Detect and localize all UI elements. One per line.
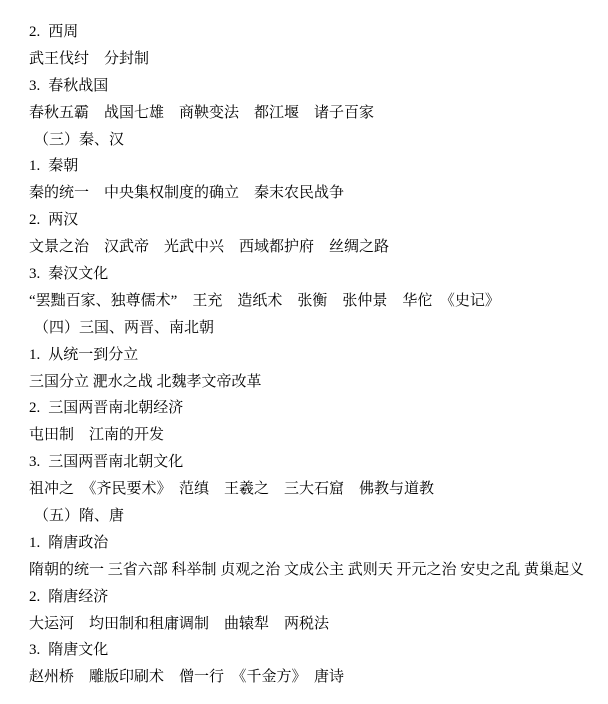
outline-section-heading: （四）三国、两晋、南北朝 — [29, 315, 600, 342]
item-number: 3. — [29, 642, 40, 658]
outline-item-heading: 1.隋唐政治 — [29, 530, 600, 557]
item-title: 隋唐政治 — [48, 535, 108, 551]
outline-keywords-line: 武王伐纣 分封制 — [29, 46, 600, 73]
item-title: 三国两晋南北朝经济 — [48, 400, 183, 416]
outline-section-heading: （三）秦、汉 — [29, 127, 600, 154]
item-number: 1. — [29, 347, 40, 363]
item-number: 1. — [29, 535, 40, 551]
outline-keywords-line: 屯田制 江南的开发 — [29, 422, 600, 449]
outline-keywords-line: “罢黜百家、独尊儒术” 王充 造纸术 张衡 张仲景 华佗 《史记》 — [29, 288, 600, 315]
item-title: 三国两晋南北朝文化 — [48, 454, 183, 470]
outline-item-heading: 1.秦朝 — [29, 153, 600, 180]
outline-keywords-line: 三国分立 淝水之战 北魏孝文帝改革 — [29, 369, 600, 396]
item-title: 从统一到分立 — [48, 347, 138, 363]
item-number: 2. — [29, 24, 40, 40]
outline-keywords-line: 文景之治 汉武帝 光武中兴 西域都护府 丝绸之路 — [29, 234, 600, 261]
item-number: 3. — [29, 454, 40, 470]
outline-item-heading: 3.春秋战国 — [29, 73, 600, 100]
outline-item-heading: 3.三国两晋南北朝文化 — [29, 449, 600, 476]
document-page: 2.西周武王伐纣 分封制3.春秋战国春秋五霸 战国七雄 商鞅变法 都江堰 诸子百… — [0, 0, 608, 691]
outline-section-heading: （五）隋、唐 — [29, 503, 600, 530]
outline-keywords-line: 赵州桥 雕版印刷术 僧一行 《千金方》 唐诗 — [29, 664, 600, 691]
outline-keywords-line: 秦的统一 中央集权制度的确立 秦末农民战争 — [29, 180, 600, 207]
outline-item-heading: 1.从统一到分立 — [29, 342, 600, 369]
item-title: 两汉 — [48, 212, 78, 228]
item-title: 隋唐经济 — [48, 589, 108, 605]
outline-keywords-line: 大运河 均田制和租庸调制 曲辕犁 两税法 — [29, 611, 600, 638]
item-title: 隋唐文化 — [48, 642, 108, 658]
outline-item-heading: 2.两汉 — [29, 207, 600, 234]
item-title: 西周 — [48, 24, 78, 40]
item-number: 2. — [29, 400, 40, 416]
outline-keywords-line: 祖冲之 《齐民要术》 范缜 王羲之 三大石窟 佛教与道教 — [29, 476, 600, 503]
item-title: 春秋战国 — [48, 78, 108, 94]
item-title: 秦朝 — [48, 158, 78, 174]
outline-item-heading: 2.隋唐经济 — [29, 584, 600, 611]
item-number: 3. — [29, 266, 40, 282]
item-number: 1. — [29, 158, 40, 174]
item-number: 2. — [29, 589, 40, 605]
item-number: 2. — [29, 212, 40, 228]
outline-item-heading: 2.西周 — [29, 19, 600, 46]
outline-item-heading: 3.隋唐文化 — [29, 637, 600, 664]
outline-keywords-line: 春秋五霸 战国七雄 商鞅变法 都江堰 诸子百家 — [29, 100, 600, 127]
item-number: 3. — [29, 78, 40, 94]
outline-item-heading: 3.秦汉文化 — [29, 261, 600, 288]
outline-keywords-line: 隋朝的统一 三省六部 科举制 贞观之治 文成公主 武则天 开元之治 安史之乱 黄… — [29, 557, 600, 584]
item-title: 秦汉文化 — [48, 266, 108, 282]
outline-item-heading: 2.三国两晋南北朝经济 — [29, 395, 600, 422]
